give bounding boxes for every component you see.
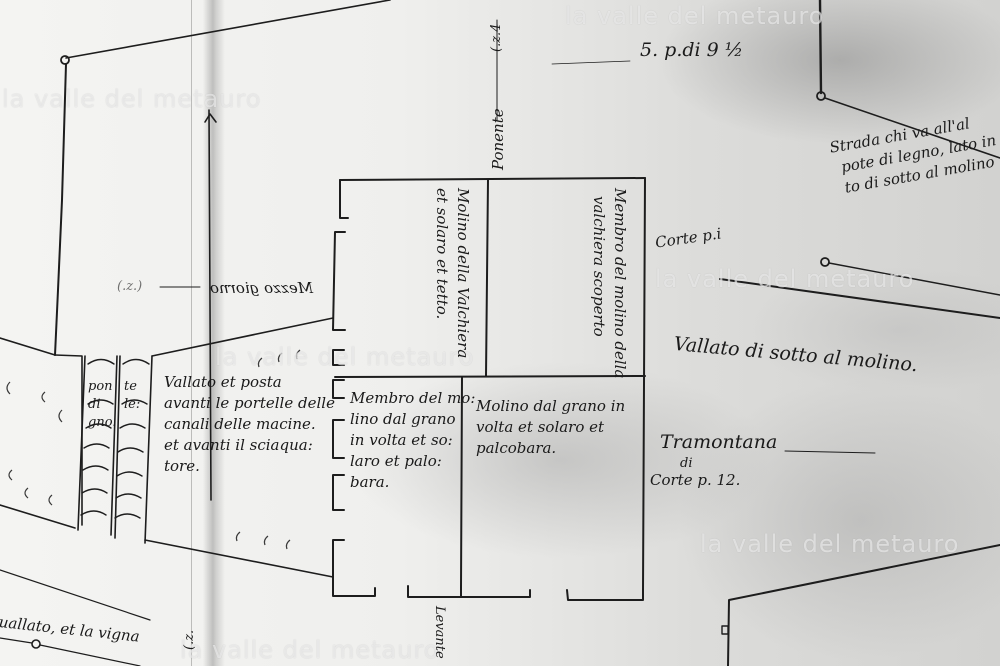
- room-membro-valchiera: Membro del molino della valchiera scoper…: [588, 188, 630, 378]
- boundary-top-left: [0, 0, 390, 355]
- room-label-line: Molino dal grano in: [476, 396, 625, 417]
- ponte-line: pon: [88, 378, 116, 396]
- note-line: avanti le portelle delle: [164, 393, 335, 414]
- boundary-bottom-right: [722, 545, 1000, 666]
- vallato-posta-note: Vallato et posta avanti le portelle dell…: [164, 372, 335, 477]
- room-molino-grano: Molino dal grano in volta et solaro et p…: [476, 396, 625, 459]
- note-line: canali delle macine.: [164, 414, 335, 435]
- room-label-line: bara.: [350, 472, 475, 493]
- room-molino-valchiera: Molino della Valchiera et solaro et tett…: [431, 188, 473, 358]
- ponte-line: le:: [124, 396, 140, 414]
- room-label-line: et solaro et tetto.: [431, 188, 452, 358]
- room-label-line: Membro del mo:: [350, 388, 475, 409]
- ponente-mark: (.z.4: [488, 24, 506, 52]
- note-line: Vallato et posta: [164, 372, 335, 393]
- room-label-line: laro et palo:: [350, 451, 475, 472]
- room-membro-grano: Membro del mo: lino dal grano in volta e…: [350, 388, 475, 493]
- mezzo-giorno-mark: (.z.): [117, 278, 142, 296]
- note-line: tore.: [164, 456, 335, 477]
- room-label-line: volta et solaro et: [476, 417, 625, 438]
- watermark: la valle del metauro: [180, 636, 439, 664]
- watermark: la valle del metauro: [565, 2, 824, 30]
- corte-label-bottom: Corte p. 12.: [650, 470, 740, 491]
- room-label-line: Membro del molino della: [609, 188, 630, 378]
- tramontana-label: Tramontana: [660, 430, 777, 454]
- watermark: la valle del metauro: [655, 265, 914, 293]
- room-label-line: palcobara.: [476, 438, 625, 459]
- room-label-line: lino dal grano: [350, 409, 475, 430]
- ponte-line: gno.: [88, 414, 116, 432]
- levante-label: Levante: [430, 606, 448, 659]
- ponte-line: te: [124, 378, 140, 396]
- ponte-label-b: te le:: [124, 378, 140, 414]
- note-line: et avanti il sciaqua:: [164, 435, 335, 456]
- ponte-label-a: pon di gno.: [88, 378, 116, 432]
- ponte-line: di: [88, 396, 116, 414]
- room-label-line: in volta et so:: [350, 430, 475, 451]
- room-label-line: valchiera scoperto: [588, 196, 609, 378]
- watermark: la valle del metauro: [2, 85, 261, 113]
- ponente-label: Ponente: [488, 108, 509, 170]
- mezzo-giorno-label: Mezzo giorno: [210, 278, 313, 299]
- measure-label-top: 5. p.di 9 ½: [640, 38, 743, 62]
- room-label-line: Molino della Valchiera: [452, 188, 473, 358]
- vallato-vigna-mark: (.z.: [181, 630, 199, 650]
- watermark: la valle del metauro: [700, 530, 959, 558]
